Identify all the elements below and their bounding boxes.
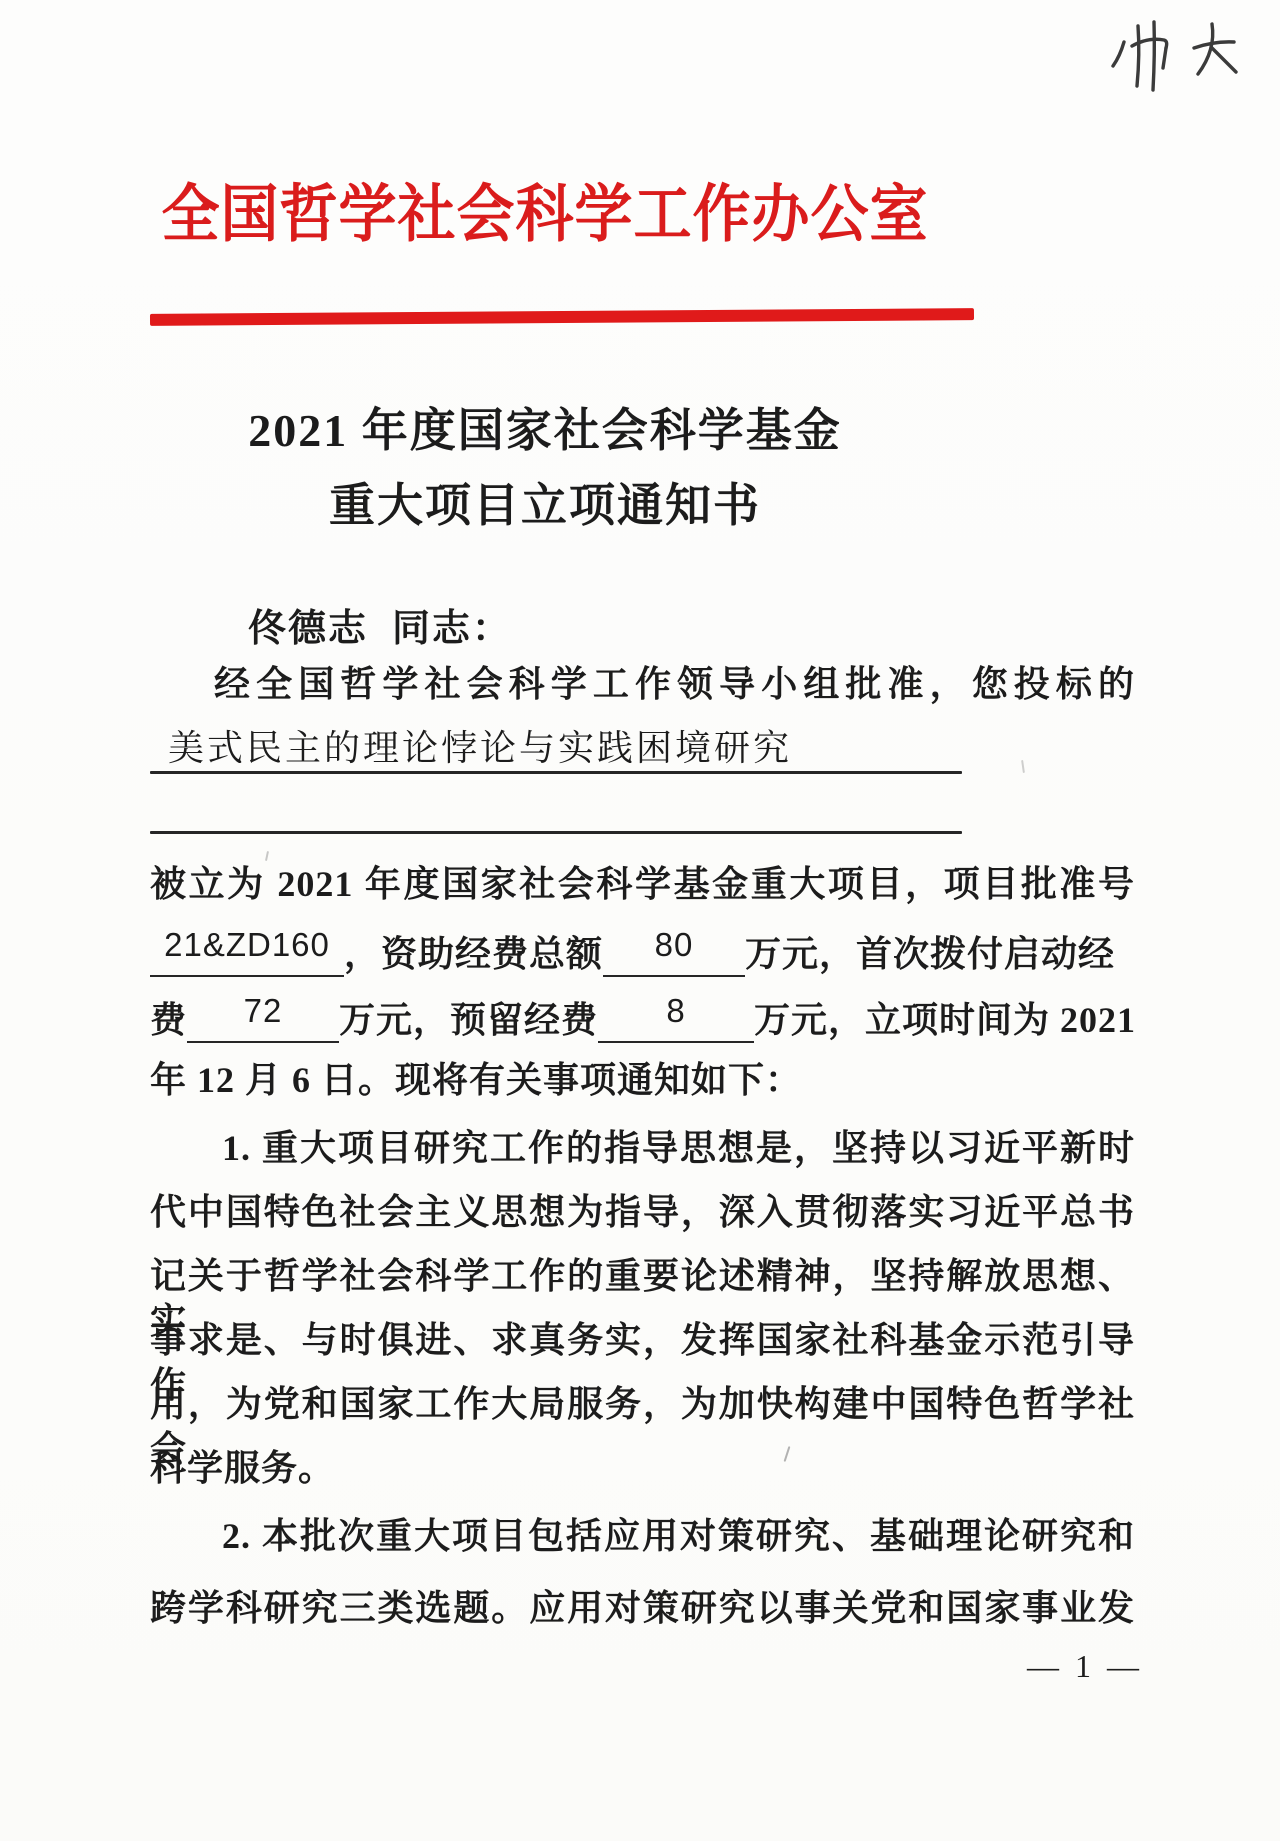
para2-line2: 跨学科研究三类选题。应用对策研究以事关党和国家事业发 [150,1586,1135,1631]
approval-date-line: 年 12 月 6 日。现将有关事项通知如下： [150,1058,1135,1103]
scan-artifact [265,851,269,861]
initial-funding-blank: 72 [187,992,339,1043]
funding-unit-text: 万元，首次拨付启动经 [745,926,1115,977]
funding-total-blank: 80 [603,926,745,977]
fill-in-underline-2 [150,831,962,834]
org-name-masthead: 全国哲学社会科学工作办公室 [150,179,940,251]
para1-line6: 科学服务。 [150,1446,1135,1491]
para1-line2: 代中国特色社会主义思想为指导，深入贯彻落实习近平总书 [150,1190,1135,1235]
intro-line: 经全国哲学社会科学工作领导小组批准，您投标的 [150,662,1135,707]
salutation: 佟德志同志： [248,597,512,652]
funding-total-label: ，资助经费总额 [344,926,603,977]
approved-line: 被立为 2021 年度国家社会科学基金重大项目，项目批准号 [150,862,1135,907]
salutation-suffix: 同志： [392,608,512,650]
handwritten-note [1108,6,1248,106]
initial-funding-line: 费 72 万元，预留经费 8 万元，立项时间为 2021 [150,992,1150,1043]
grant-number-line: 21&ZD160 ，资助经费总额 80 万元，首次拨付启动经 [150,926,1150,977]
reserve-label: 万元，预留经费 [339,992,598,1043]
doc-title-line1: 2021 年度国家社会科学基金 [150,406,940,457]
recipient-name: 佟德志 [248,608,368,650]
fee-prefix: 费 [150,992,187,1043]
grant-number-blank: 21&ZD160 [150,926,344,977]
reserve-unit-text: 万元，立项时间为 2021 [754,992,1136,1043]
para1-line1: 1. 重大项目研究工作的指导思想是，坚持以习近平新时 [150,1126,1135,1171]
page-number: — 1 — [1000,1648,1170,1685]
project-title: 美式民主的理论悖论与实践困境研究 [168,726,1068,771]
scanned-document-page: 全国哲学社会科学工作办公室 2021 年度国家社会科学基金 重大项目立项通知书 … [0,0,1280,1841]
red-divider-rule [150,308,974,326]
reserve-funding-blank: 8 [598,992,754,1043]
para2-line1: 2. 本批次重大项目包括应用对策研究、基础理论研究和 [150,1514,1135,1559]
doc-title-line2: 重大项目立项通知书 [150,481,940,532]
fill-in-underline-1 [150,771,962,774]
